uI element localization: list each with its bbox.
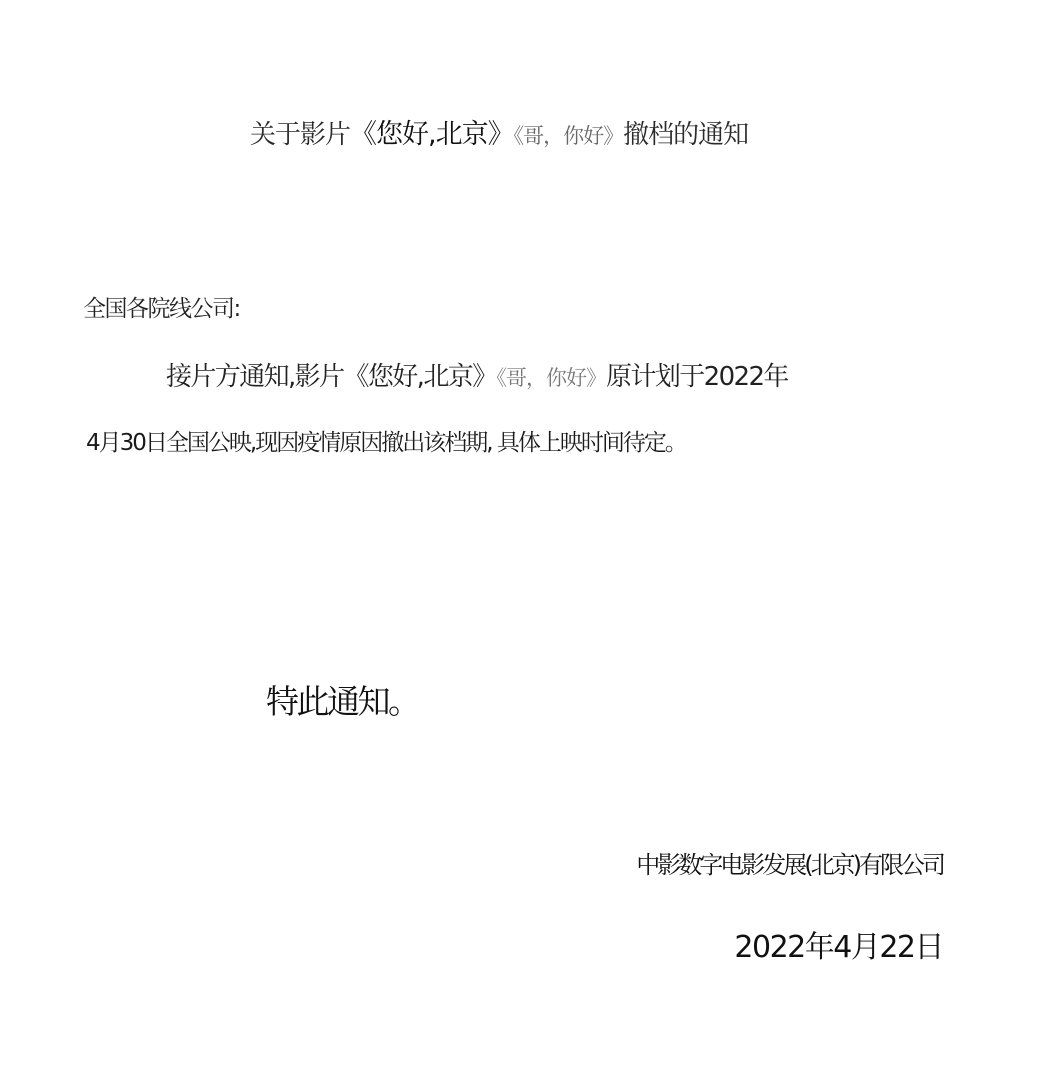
notice-title: 关于影片《您好,北京》《哥，你好》撤档的通知 — [250, 112, 748, 151]
body-line-2: 4月30日全国公映,现因疫情原因撤出该档期, 具体上映时间待定。 — [86, 424, 686, 457]
signature-date: 2022年4月22日 — [734, 922, 943, 966]
body-film-2: 《哥，你好》 — [497, 366, 607, 390]
body-line-1-prefix: 接片方通知,影片 — [166, 362, 343, 392]
body-line-1-suffix: 原计划于2022年 — [606, 362, 788, 392]
title-film-1: 《您好,北京》 — [350, 119, 514, 150]
closing-remark: 特此通知。 — [266, 676, 419, 723]
title-prefix: 关于影片 — [250, 120, 350, 150]
title-suffix: 撤档的通知 — [623, 120, 748, 150]
body-film-1: 《您好,北京》 — [343, 362, 496, 392]
salutation: 全国各院线公司: — [83, 290, 240, 323]
body-line-1: 接片方通知,影片《您好,北京》《哥，你好》原计划于2022年 — [166, 356, 788, 393]
title-film-2: 《哥，你好》 — [514, 124, 624, 148]
signature-company: 中影数字电影发展(北京)有限公司 — [636, 845, 943, 880]
